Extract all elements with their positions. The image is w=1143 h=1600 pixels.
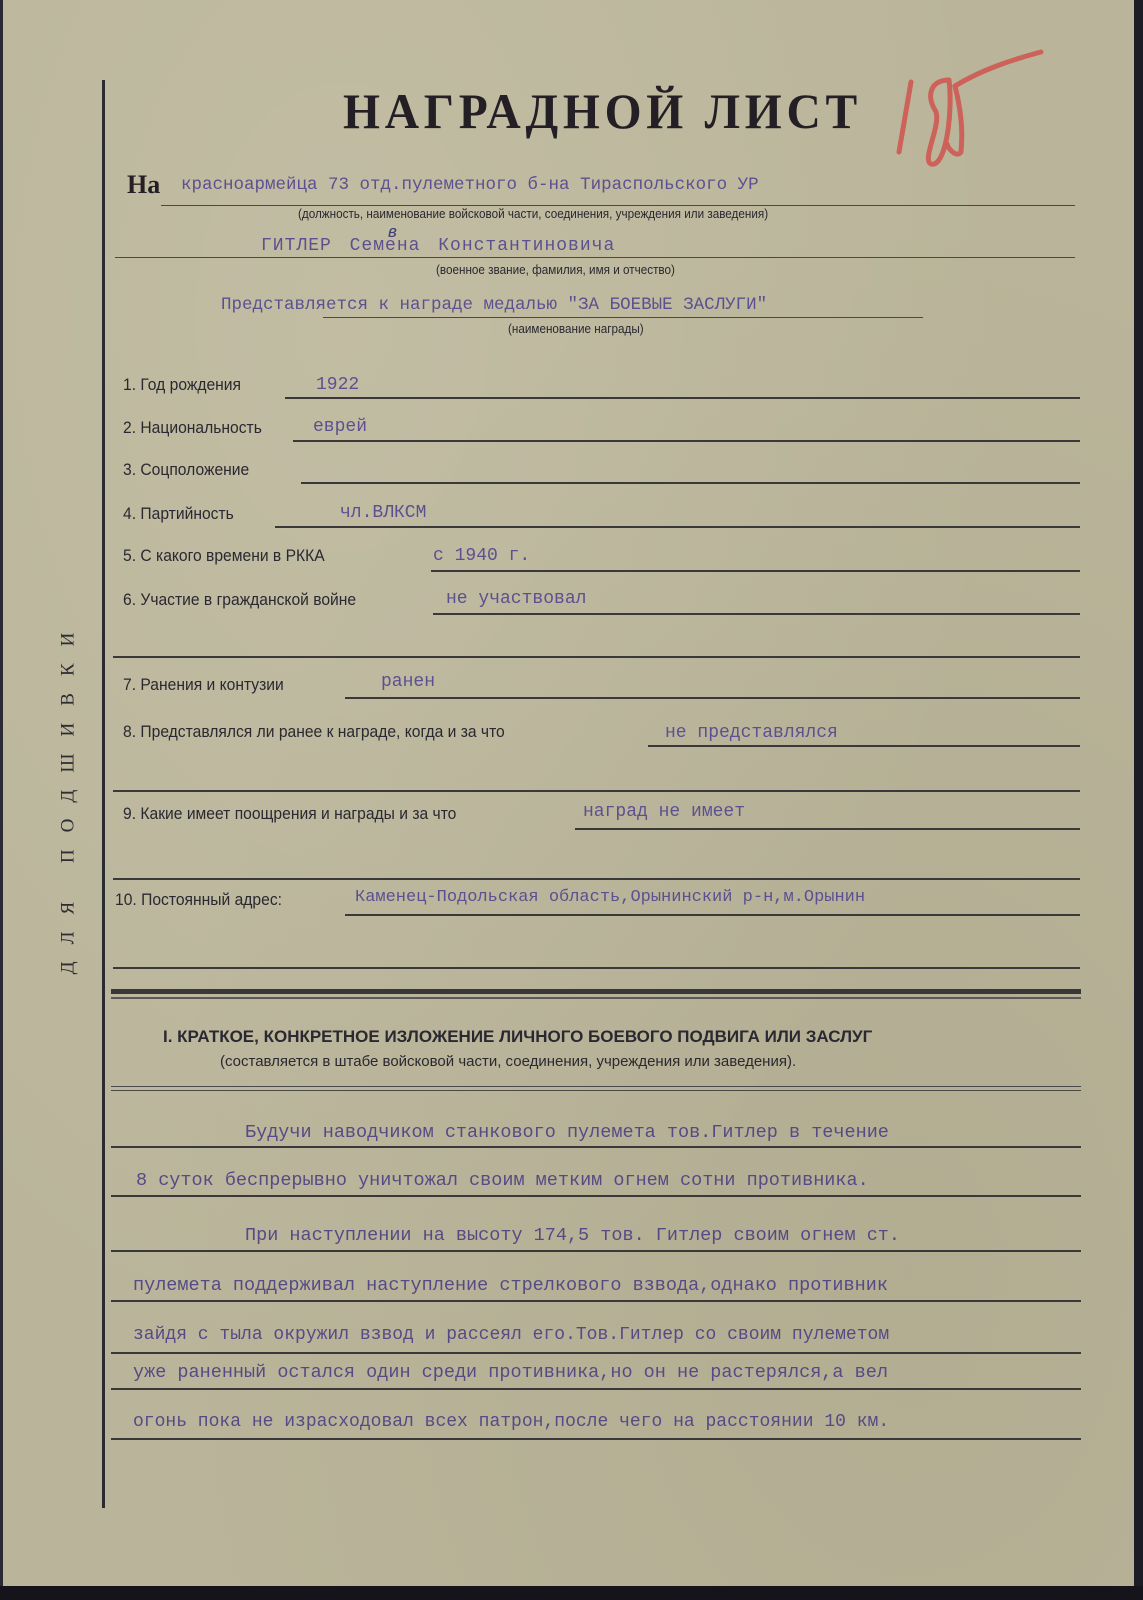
field-9-value: наград не имеет — [583, 802, 745, 822]
narrative-line-3: При наступлении на высоту 174,5 тов. Гит… — [245, 1225, 900, 1246]
field-7-underline — [345, 697, 1080, 699]
field-8-continuation-line — [113, 790, 1080, 792]
narrative-rule-3 — [111, 1250, 1081, 1252]
narrative-rule-2 — [111, 1195, 1081, 1197]
section1-heading: I. КРАТКОЕ, КОНКРЕТНОЕ ИЗЛОЖЕНИЕ ЛИЧНОГО… — [163, 1027, 872, 1047]
field-6-label: 6. Участие в гражданской войне — [123, 590, 356, 610]
field-1-label: 1. Год рождения — [123, 375, 241, 395]
field-4-underline — [275, 526, 1080, 528]
section-divider — [111, 989, 1081, 994]
scan-bottom-edge — [0, 1586, 1143, 1600]
field-8-label: 8. Представлялся ли ранее к награде, ког… — [123, 722, 505, 742]
field-6-continuation-line — [113, 656, 1080, 658]
field-9-continuation-line — [113, 878, 1080, 880]
field-6-underline — [433, 613, 1080, 615]
narrative-line-6: уже раненный остался один среди противни… — [133, 1362, 888, 1383]
field-7-label: 7. Ранения и контузии — [123, 675, 284, 695]
binding-margin-label: ДЛЯ ПОДШИВКИ — [43, 585, 93, 1005]
award-sheet: ДЛЯ ПОДШИВКИ НАГРАДНОЙ ЛИСТ На красноарм… — [0, 0, 1137, 1590]
field-2-label: 2. Национальность — [123, 418, 262, 438]
narrative-rule-1 — [111, 1146, 1081, 1148]
narrative-rule-5 — [111, 1352, 1081, 1354]
field-7-value: ранен — [381, 672, 435, 692]
field-10-underline — [345, 914, 1080, 916]
field-10-continuation-line — [113, 967, 1080, 969]
section-divider-secondary — [111, 997, 1081, 999]
section1-top-rule-2 — [111, 1090, 1081, 1091]
field-5-label: 5. С какого времени в РККА — [123, 546, 325, 566]
field-1-value: 1922 — [316, 375, 359, 395]
field-2-value: еврей — [313, 417, 367, 437]
award-underline — [323, 317, 923, 318]
binding-margin-text: ДЛЯ ПОДШИВКИ — [57, 616, 79, 975]
field-8-underline — [648, 745, 1080, 747]
field-9-label: 9. Какие имеет поощрения и награды и за … — [123, 804, 456, 824]
binding-margin-rule — [102, 80, 105, 1508]
red-archive-number-icon — [891, 40, 1061, 175]
name-value: ГИТЛЕР Семена Константиновича — [261, 236, 615, 256]
narrative-line-5: зайдя с тыла окружил взвод и рассеял его… — [133, 1325, 889, 1345]
field-2-underline — [293, 440, 1080, 442]
narrative-line-2: 8 суток беспрерывно уничтожал своим метк… — [136, 1170, 869, 1191]
field-8-value: не представлялся — [665, 723, 838, 743]
position-value: красноармейца 73 отд.пулеметного б-на Ти… — [181, 175, 759, 195]
field-10-label: 10. Постоянный адрес: — [115, 890, 282, 910]
field-9-underline — [575, 828, 1080, 830]
section1-subheading: (составляется в штабе войсковой части, с… — [220, 1053, 796, 1070]
field-3-underline — [301, 482, 1080, 484]
position-caption: (должность, наименование войсковой части… — [298, 206, 768, 221]
scan-right-edge — [1134, 0, 1143, 1600]
narrative-rule-6 — [111, 1388, 1081, 1390]
field-4-label: 4. Партийность — [123, 504, 234, 524]
field-1-underline — [285, 397, 1080, 399]
award-caption: (наименование награды) — [508, 321, 644, 336]
field-5-value: с 1940 г. — [433, 546, 530, 566]
field-10-value: Каменец-Подольская область,Орынинский р-… — [355, 888, 865, 907]
section1-top-rule — [111, 1086, 1081, 1087]
name-caption: (военное звание, фамилия, имя и отчество… — [436, 262, 675, 277]
field-4-value: чл.ВЛКСМ — [340, 503, 426, 523]
document-title: НАГРАДНОЙ ЛИСТ — [343, 82, 862, 140]
narrative-line-7: огонь пока не израсходовал всех патрон,п… — [133, 1412, 889, 1432]
recipient-prefix: На — [127, 170, 160, 200]
name-underline — [115, 257, 1075, 258]
narrative-line-4: пулемета поддерживал наступление стрелко… — [133, 1275, 888, 1296]
field-3-label: 3. Соцположение — [123, 460, 249, 480]
field-6-value: не участвовал — [446, 589, 586, 609]
award-value: Представляется к награде медалью "ЗА БОЕ… — [221, 295, 767, 315]
field-5-underline — [431, 570, 1080, 572]
narrative-line-1: Будучи наводчиком станкового пулемета то… — [245, 1122, 889, 1143]
narrative-rule-7 — [111, 1438, 1081, 1440]
narrative-rule-4 — [111, 1300, 1081, 1302]
